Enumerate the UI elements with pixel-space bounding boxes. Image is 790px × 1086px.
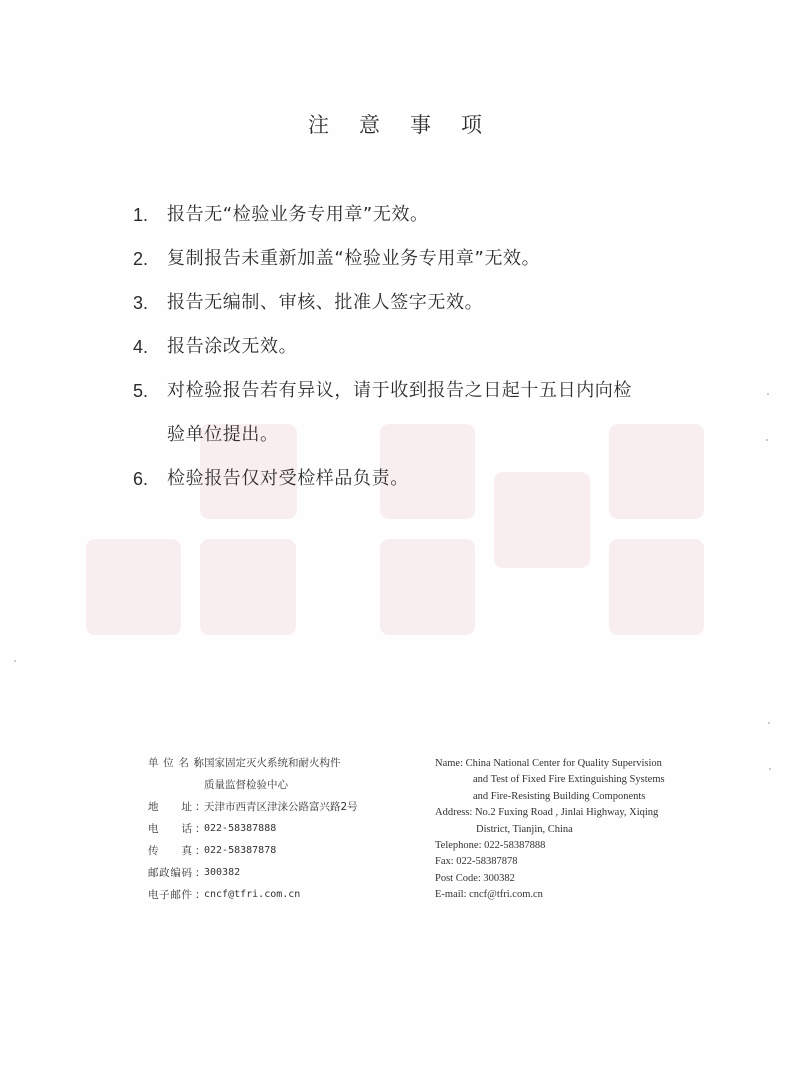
notice-text: 报告涂改无效。: [167, 332, 297, 362]
notice-number: 4.: [133, 332, 163, 362]
contact-label: 地址: [148, 799, 192, 815]
scan-speck: [766, 439, 768, 441]
scan-speck: [768, 722, 770, 724]
contact-label: 电话: [148, 821, 192, 837]
en-post-code: Post Code: 300382: [435, 871, 665, 887]
contact-label: 传真: [148, 843, 192, 859]
notice-number: 1.: [133, 200, 163, 230]
en-telephone: Telephone: 022-58387888: [435, 838, 665, 854]
en-name-line: Name: China National Center for Quality …: [435, 756, 665, 772]
notice-item: 4. 报告涂改无效。: [133, 332, 733, 376]
en-address-line: Address: No.2 Fuxing Road , Jinlai Highw…: [435, 805, 665, 821]
notice-item: 2. 复制报告未重新加盖“检验业务专用章”无效。: [133, 244, 733, 288]
notice-list: 1. 报告无“检验业务专用章”无效。 2. 复制报告未重新加盖“检验业务专用章”…: [133, 200, 733, 508]
scan-speck: [769, 768, 771, 770]
notice-item: 5. 对检验报告若有异议，请于收到报告之日起十五日内向检: [133, 376, 733, 420]
notice-text: 报告无编制、审核、批准人签字无效。: [167, 288, 483, 318]
notice-number: 3.: [133, 288, 163, 318]
contact-value: 质量监督检验中心: [204, 777, 288, 793]
notice-item-continuation: 验单位提出。: [133, 420, 733, 464]
en-email-link[interactable]: E-mail: cncf@tfri.com.cn: [435, 887, 665, 903]
notice-text: 复制报告未重新加盖“检验业务专用章”无效。: [167, 244, 540, 274]
notice-text: 对检验报告若有异议，请于收到报告之日起十五日内向检: [167, 376, 632, 406]
notice-text: 报告无“检验业务专用章”无效。: [167, 200, 429, 230]
watermark-tile: [200, 539, 296, 635]
contact-value: 国家固定灭火系统和耐火构件: [204, 755, 341, 771]
contact-value: 022-58387878: [204, 843, 276, 859]
contact-label: 邮政编码: [148, 865, 192, 881]
notice-item: 6. 检验报告仅对受检样品负责。: [133, 464, 733, 508]
notice-text: 检验报告仅对受检样品负责。: [167, 464, 409, 494]
contact-value: 天津市西青区津涞公路富兴路2号: [204, 799, 358, 815]
en-name-line: and Test of Fixed Fire Extinguishing Sys…: [435, 772, 665, 788]
notice-item: 1. 报告无“检验业务专用章”无效。: [133, 200, 733, 244]
contact-email-link[interactable]: cncf@tfri.com.cn: [204, 887, 300, 903]
notice-number: 2.: [133, 244, 163, 274]
contact-info-english: Name: China National Center for Quality …: [435, 756, 665, 904]
contact-label: 电子邮件: [148, 887, 192, 903]
contact-value: 022-58387888: [204, 821, 276, 837]
scan-speck: [767, 393, 769, 395]
notice-number: 5.: [133, 376, 163, 406]
notice-text: 验单位提出。: [167, 420, 279, 450]
watermark-tile: [380, 539, 475, 635]
watermark-tile: [86, 539, 181, 635]
en-name-line: and Fire-Resisting Building Components: [435, 789, 665, 805]
watermark-tile: [609, 539, 704, 635]
notice-item: 3. 报告无编制、审核、批准人签字无效。: [133, 288, 733, 332]
notice-number: 6.: [133, 464, 163, 494]
contact-value: 300382: [204, 865, 240, 881]
page-title: 注意事项: [0, 110, 790, 140]
en-address-line: District, Tianjin, China: [435, 822, 665, 838]
document-page: 注意事项 1. 报告无“检验业务专用章”无效。 2. 复制报告未重新加盖“检验业…: [0, 0, 790, 1086]
scan-speck: [14, 660, 16, 662]
en-fax: Fax: 022-58387878: [435, 854, 665, 870]
